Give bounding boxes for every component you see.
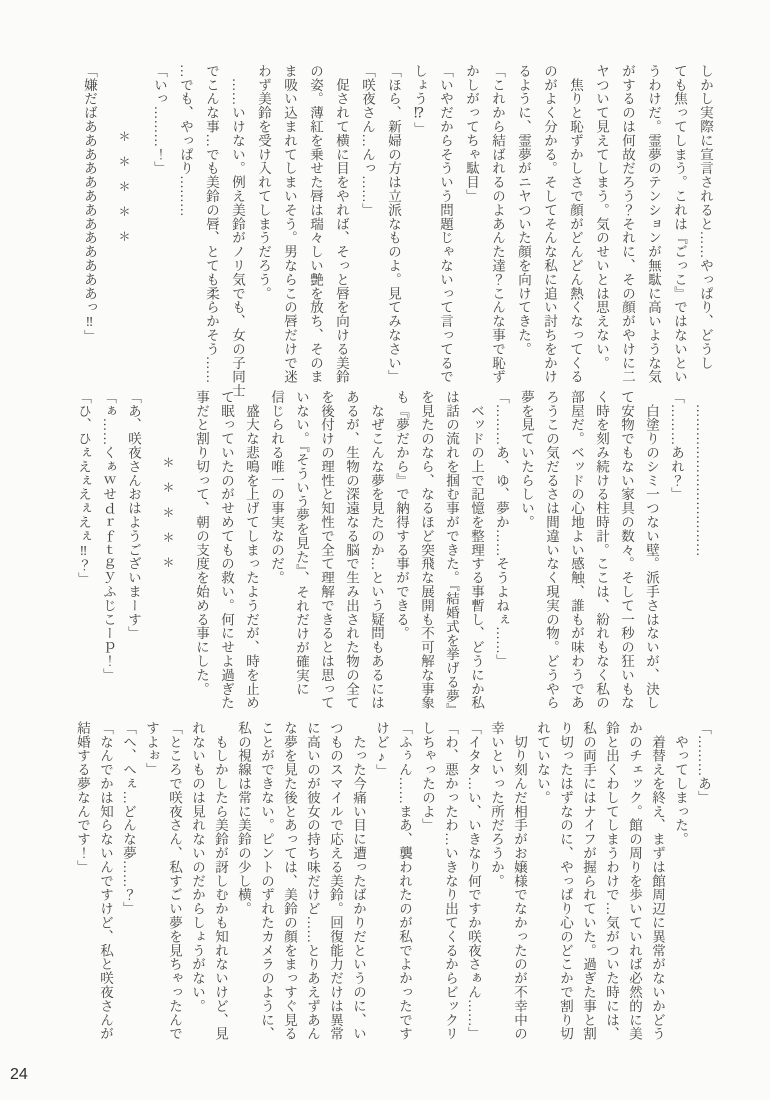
text-line: うわけだ。霊夢のテンションが無駄に高いような気 (640, 64, 666, 390)
text-line: ……いけない。例え美鈴がノリ気でも、女の子同士 (224, 64, 250, 390)
text-block-bottom: 「………あ」 やってしまった。 着替えを終え、まずは館周辺に異常がないかどうかの… (71, 721, 715, 1061)
text-line: 私の両手にはナイフが握られていた。過ぎた事と割 (577, 721, 600, 1061)
text-line: 夢を見ていたらしい。 (514, 390, 539, 716)
text-line: なぜこんな夢を見たのか…という疑問もあるには (364, 390, 389, 716)
text-line: 「ところで咲夜さん、私すごい夢を見ちゃったんで (163, 721, 186, 1061)
text-line: ても焦ってしまう。これは『ごっこ』ではないとい (666, 64, 692, 390)
text-line: 「ひ、ひぇえぇえぇえぇ‼？」 (71, 390, 96, 716)
text-line: 「なんでかは知らないんですけど、私と咲夜さんが (94, 721, 117, 1061)
text-line: あるが、生物の深遠なる脳で生み出された物の全て (339, 390, 364, 716)
text-line: 鈴と出くわしてしまうわけで…気がついた時には、 (600, 721, 623, 1061)
text-line: 「咲夜さん…んっ……」 (354, 64, 380, 390)
text-line: 信じられる唯一の事実なのだ。 (264, 390, 289, 716)
text-line: な夢を見た後とあっては、美鈴の顔をまっすぐ見る (278, 721, 301, 1061)
text-line: でこんな事…でも美鈴の唇、とても柔らかそう…… (198, 64, 224, 390)
text-line: やってしまった。 (669, 721, 692, 1061)
text-line: 白塗りのシミ一つない壁。派手さはないが、決し (639, 390, 664, 716)
text-line: 焦りと恥ずかしさで顔がどんどん熱くなってくる (562, 64, 588, 390)
text-line: わず美鈴を受け入れてしまうだろう。 (250, 64, 276, 390)
text-line: のがよく分かる。そしてそんな私に追い討ちをかけ (536, 64, 562, 390)
text-line: いない。『そういう夢を見た』、それだけが確実に (289, 390, 314, 716)
text-line: かしがってちゃ駄目」 (458, 64, 484, 390)
text-line: ろうこの気だるさは間違いなく現実の物。どうやら (539, 390, 564, 716)
text-line: て安物でもない家具の数々。そして一秒の狂いもな (614, 390, 639, 716)
text-line: 促されて横に目をやれば、そっと唇を向ける美鈴 (328, 64, 354, 390)
text-line: もしかしたら美鈴が訝しむかも知れないけど、見 (209, 721, 232, 1061)
text-line: るように、霊夢がニヤついた顔を向けてきた。 (510, 64, 536, 390)
text-line: つものスマイルで応える美鈴。回復能力だけは異常 (324, 721, 347, 1061)
text-line: 「あ、咲夜さんおはようございまーす」 (121, 390, 146, 716)
text-line: を後付けの理性と知性で全て理解できるとは思って (314, 390, 339, 716)
text-line: り切ったはずなのに、やっぱり心のどこかで割り切 (554, 721, 577, 1061)
text-line: 部屋だ。ベッドの心地よい感触、誰もが味わうであ (564, 390, 589, 716)
page-number: 24 (10, 1066, 28, 1084)
asterisk-separator: ＊＊＊＊＊ (155, 390, 180, 716)
text-line: も『夢だから』で納得する事ができる。 (389, 390, 414, 716)
text-line: に高いのが彼女の持ち味だけど……とりあえずあん (301, 721, 324, 1061)
text-line: すよぉ」 (140, 721, 163, 1061)
text-line: 「………あ」 (692, 721, 715, 1061)
text-line: 盛大な悲鳴を上げてしまったようだが、時を止め (239, 390, 264, 716)
text-line: の姿。薄紅を乗せた唇は瑞々しい艶を放ち、そのま (302, 64, 328, 390)
text-line: 「嫌だばあああああああああああああっ‼」 (76, 64, 102, 390)
novel-page: しかし実際に宣言されると……やっぱり、どうしても焦ってしまう。これは『ごっこ』で… (0, 0, 770, 1100)
text-line: 「いやだからそういう問題じゃないって言ってるで (432, 64, 458, 390)
text-line: たった今痛い目に遭ったばかりだというのに、い (347, 721, 370, 1061)
text-line: 「ぁ……くぁｗせｄｒｆｔｇｙふじこーｐ！」 (96, 390, 121, 716)
text-line: 「ふぅん……まあ、襲われたのが私でよかったです (393, 721, 416, 1061)
text-line: 幸いといった所だろうか。 (485, 721, 508, 1061)
text-line: ベッドの上で記憶を整理する事暫し、どうにか私 (464, 390, 489, 716)
text-line: がするのは何故だろう？それに、その顔がやけに二 (614, 64, 640, 390)
text-line: て眠っていたのがせめてもの救い。何にせよ過ぎた (214, 390, 239, 716)
text-line: 「………あ、ゆ、夢か……そうよねぇ……」 (489, 390, 514, 716)
text-line: 「いっ………！」 (146, 64, 172, 390)
text-line: 結婚する夢なんです！」 (71, 721, 94, 1061)
text-line: 切り刻んだ相手がお嬢様でなかったのが不幸中の (508, 721, 531, 1061)
text-line: …でも、やっぱり……… (172, 64, 198, 390)
text-line: 事だと割り切って、朝の支度を始める事にした。 (189, 390, 214, 716)
text-line: は話の流れを掴む事ができた。『結婚式を挙げる夢』 (439, 390, 464, 716)
text-block-top: しかし実際に宣言されると……やっぱり、どうしても焦ってしまう。これは『ごっこ』で… (76, 64, 718, 390)
text-line: く時を刻み続ける柱時計。ここは、紛れもなく私の (589, 390, 614, 716)
text-line: しょう⁉」 (406, 64, 432, 390)
asterisk-separator: ＊＊＊＊＊ (111, 64, 137, 390)
text-line: ヤついて見えてしまう。気のせいとは思えない。 (588, 64, 614, 390)
text-line: 「………あれ？」 (664, 390, 689, 716)
text-line: 「これから結ばれるのよあんた達？こんな事で恥ず (484, 64, 510, 390)
text-line: 「イタタ…い、いきなり何ですか咲夜さぁん……」 (462, 721, 485, 1061)
text-line: を見たのなら、なるほど突飛な展開も不可解な事象 (414, 390, 439, 716)
text-line: れていない。 (531, 721, 554, 1061)
text-line: けど♪」 (370, 721, 393, 1061)
text-line: ま吸い込まれてしまいそう。男ならこの唇だけで迷 (276, 64, 302, 390)
text-line: ことができない。ピントのずれたカメラのように、 (255, 721, 278, 1061)
text-line: れないものは見れないのだからしょうがない。 (186, 721, 209, 1061)
text-line: 「ほら、新婦の方は立派なものよ。見てみなさい」 (380, 64, 406, 390)
text-line: …………………………… (689, 390, 714, 716)
text-line: しちゃったのよ」 (416, 721, 439, 1061)
text-line: しかし実際に宣言されると……やっぱり、どうし (692, 64, 718, 390)
text-line: 着替えを終え、まずは館周辺に異常がないかどう (646, 721, 669, 1061)
text-line: 「わ、悪かったわ…いきなり出てくるからビックリ (439, 721, 462, 1061)
text-line: かのチェック。館の周りを歩いていれば必然的に美 (623, 721, 646, 1061)
text-line: 私の視線は常に美鈴の少し横。 (232, 721, 255, 1061)
text-block-middle: ……………………………「………あれ？」 白塗りのシミ一つない壁。派手さはないが、… (71, 390, 714, 716)
text-line: 「へ、へぇ…どんな夢……？」 (117, 721, 140, 1061)
